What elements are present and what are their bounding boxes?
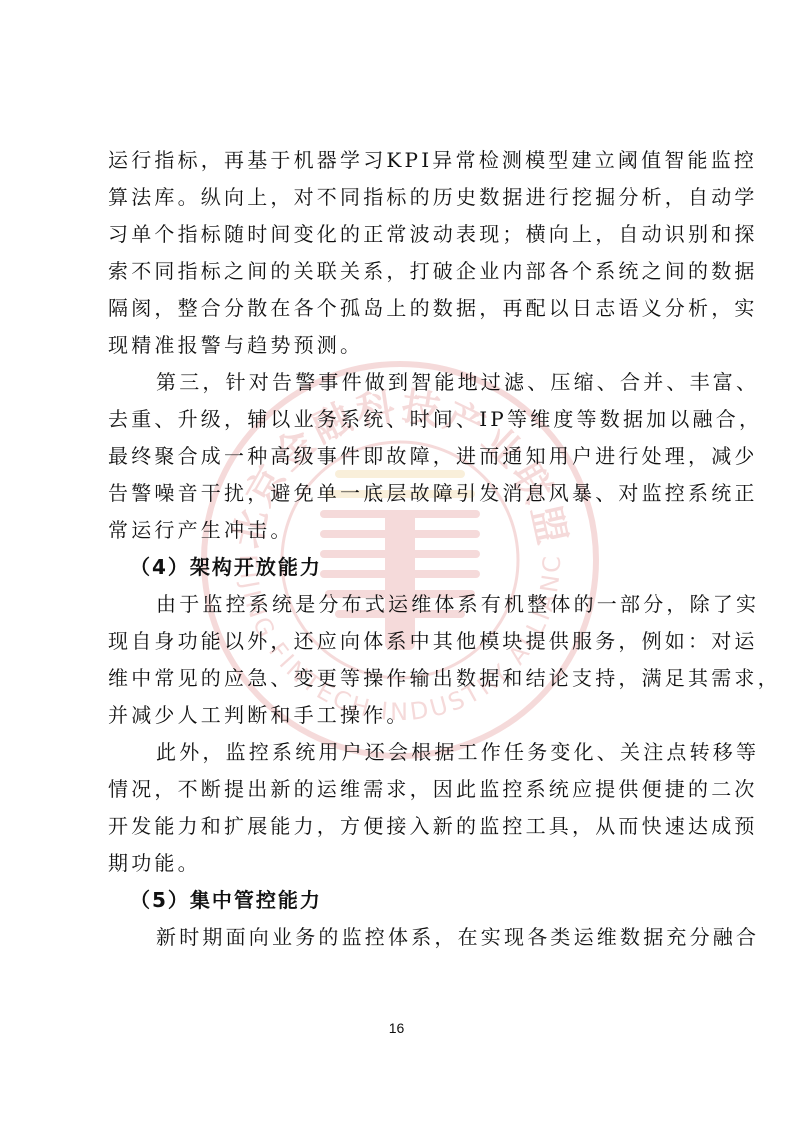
document-page: 北京金融科技产业联盟 BEIJING FINTECH INDUSTRY ALLI… — [0, 0, 793, 1122]
text-line: 习单个指标随时间变化的正常波动表现；横向上，自动识别和探 — [108, 216, 692, 253]
text-line: 开发能力和扩展能力，方便接入新的监控工具，从而快速达成预 — [108, 808, 692, 845]
text-line: 情况，不断提出新的运维需求，因此监控系统应提供便捷的二次 — [108, 771, 692, 808]
text-line: 索不同指标之间的关联关系，打破企业内部各个系统之间的数据 — [108, 253, 692, 290]
text-line: 算法库。纵向上，对不同指标的历史数据进行挖掘分析，自动学 — [108, 179, 692, 216]
text-line: 现自身功能以外，还应向体系中其他模块提供服务，例如：对运 — [108, 623, 692, 660]
text-line: 隔阂，整合分散在各个孤岛上的数据，再配以日志语义分析，实 — [108, 290, 692, 327]
paragraph: 由于监控系统是分布式运维体系有机整体的一部分，除了实 现自身功能以外，还应向体系… — [108, 586, 692, 734]
text-line: 常运行产生冲击。 — [108, 512, 692, 549]
text-line: 由于监控系统是分布式运维体系有机整体的一部分，除了实 — [108, 586, 692, 623]
paragraph: 运行指标，再基于机器学习KPI异常检测模型建立阈值智能监控 算法库。纵向上，对不… — [108, 142, 692, 364]
text-line: 第三，针对告警事件做到智能地过滤、压缩、合并、丰富、 — [108, 364, 692, 401]
document-body: 运行指标，再基于机器学习KPI异常检测模型建立阈值智能监控 算法库。纵向上，对不… — [108, 142, 692, 956]
section-heading: （5）集中管控能力 — [108, 882, 692, 919]
text-line: 此外，监控系统用户还会根据工作任务变化、关注点转移等 — [108, 734, 692, 771]
text-line: 期功能。 — [108, 845, 692, 882]
text-line: 并减少人工判断和手工操作。 — [108, 697, 692, 734]
page-number: 16 — [0, 1020, 793, 1036]
text-line: 去重、升级，辅以业务系统、时间、IP等维度等数据加以融合， — [108, 401, 692, 438]
text-line: 最终聚合成一种高级事件即故障，进而通知用户进行处理，减少 — [108, 438, 692, 475]
text-line: 维中常见的应急、变更等操作输出数据和结论支持，满足其需求， — [108, 660, 692, 697]
section-heading: （4）架构开放能力 — [108, 549, 692, 586]
text-line: 现精准报警与趋势预测。 — [108, 327, 692, 364]
paragraph: 此外，监控系统用户还会根据工作任务变化、关注点转移等 情况，不断提出新的运维需求… — [108, 734, 692, 882]
text-line: 运行指标，再基于机器学习KPI异常检测模型建立阈值智能监控 — [108, 142, 692, 179]
paragraph: 新时期面向业务的监控体系，在实现各类运维数据充分融合 — [108, 919, 692, 956]
text-line: 告警噪音干扰，避免单一底层故障引发消息风暴、对监控系统正 — [108, 475, 692, 512]
paragraph: 第三，针对告警事件做到智能地过滤、压缩、合并、丰富、 去重、升级，辅以业务系统、… — [108, 364, 692, 549]
text-line: 新时期面向业务的监控体系，在实现各类运维数据充分融合 — [108, 919, 692, 956]
